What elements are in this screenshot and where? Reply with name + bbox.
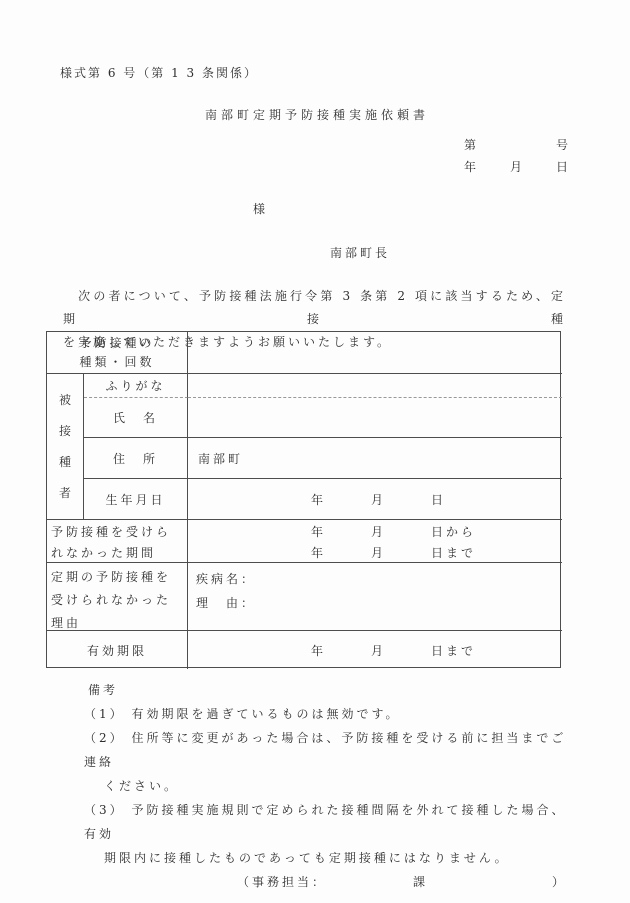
- missed-reason-value-cell: 疾病名： 理 由：: [188, 563, 562, 631]
- missed-reason-fields: 疾病名： 理 由：: [196, 567, 256, 615]
- note-item-1: （1） 有効期限を過ぎているものは無効です。: [84, 702, 576, 726]
- document-number-row: 第 号: [464, 136, 568, 153]
- document-number-suffix: 号: [556, 136, 568, 153]
- note-item-2-line1: （2） 住所等に変更があった場合は、予防接種を受ける前に担当までご連絡: [84, 726, 576, 774]
- sender-name: 南部町長: [330, 244, 390, 261]
- form-number: 様式第 6 号（第 1 3 条関係）: [60, 64, 258, 81]
- missed-period-dates: 年 月 日から 年 月 日まで: [311, 522, 476, 564]
- office-contact-line: （事務担当： 課 ）: [237, 870, 576, 894]
- office-contact-open: （事務担当：: [237, 870, 327, 894]
- addressee-honorific: 様: [253, 200, 265, 217]
- note-item-3-line2: 期限内に接種したものであっても定期接種にはなりません。: [104, 846, 576, 870]
- document-title: 南部町定期予防接種実施依頼書: [0, 106, 630, 123]
- missed-period-value-cell: 年 月 日から 年 月 日まで: [188, 520, 562, 563]
- document-date-row: 年 月 日: [464, 158, 568, 175]
- recipient-group-label: 被接種者: [58, 385, 73, 509]
- request-form-table: 予防接種の 種類・回数 被接種者 ふりがな 氏 名 住 所 南部町 生年月日 年…: [46, 331, 561, 668]
- vaccination-request-form-page: 様式第 6 号（第 1 3 条関係） 南部町定期予防接種実施依頼書 第 号 年 …: [0, 0, 630, 903]
- office-contact-close: ）: [552, 870, 567, 894]
- notes-heading: 備考: [88, 678, 576, 702]
- office-contact-division: 課: [413, 870, 428, 894]
- furigana-label-cell: ふりがな: [84, 374, 188, 398]
- furigana-value-cell: [188, 374, 562, 398]
- address-label-cell: 住 所: [84, 438, 188, 479]
- notes-section: 備考 （1） 有効期限を過ぎているものは無効です。 （2） 住所等に変更があった…: [84, 678, 576, 894]
- date-day-label: 日: [556, 158, 568, 175]
- missed-period-label-cell: 予防接種を受けら れなかった期間: [47, 520, 188, 563]
- date-month-label: 月: [510, 158, 522, 175]
- missed-reason-label-cell: 定期の予防接種を 受けられなかった 理由: [47, 563, 188, 631]
- name-value-cell: [188, 398, 562, 438]
- validity-value-cell: 年 月 日まで: [188, 631, 562, 669]
- name-label-cell: 氏 名: [84, 398, 188, 438]
- birthdate-label-cell: 生年月日: [84, 479, 188, 520]
- birthdate-value-cell: 年 月 日: [188, 479, 562, 520]
- missed-period-to: 年 月 日まで: [311, 543, 476, 564]
- validity-label-cell: 有効期限: [47, 631, 188, 669]
- missed-period-from: 年 月 日から: [311, 522, 476, 543]
- address-value-cell: 南部町: [188, 438, 562, 479]
- recipient-group-header-cell: 被接種者: [47, 374, 84, 520]
- disease-name-field-label: 疾病名：: [196, 567, 256, 591]
- vaccine-kind-value-cell: [188, 332, 562, 374]
- vaccine-kind-label-cell: 予防接種の 種類・回数: [47, 332, 188, 374]
- date-year-label: 年: [464, 158, 476, 175]
- body-paragraph-line1: 次の者について、予防接種法施行令第 3 条第 2 項に該当するため、定期接種: [63, 285, 566, 331]
- note-item-3-line1: （3） 予防接種実施規則で定められた接種間隔を外れて接種した場合、有効: [84, 798, 576, 846]
- note-item-2-line2: ください。: [104, 774, 576, 798]
- document-number-prefix: 第: [464, 136, 476, 153]
- reason-field-label: 理 由：: [196, 591, 256, 615]
